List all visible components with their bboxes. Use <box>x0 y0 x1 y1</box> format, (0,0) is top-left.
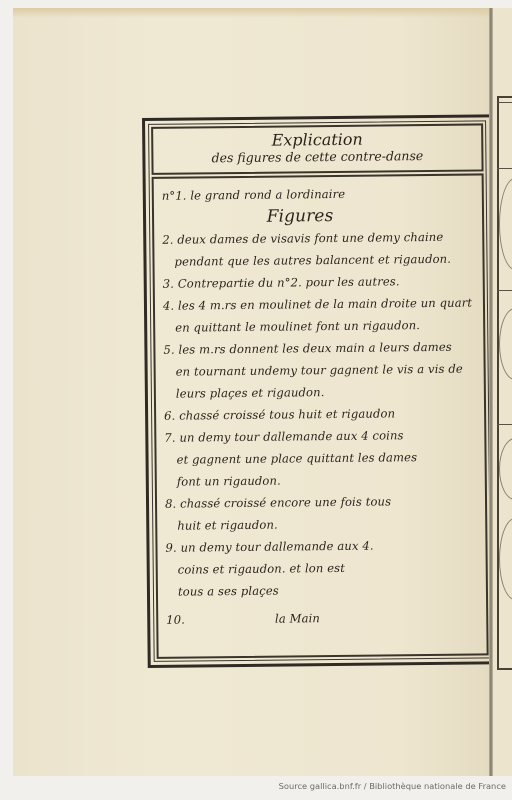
figure-number: 10. <box>166 609 185 631</box>
right-page-rule <box>497 102 512 103</box>
right-page-rule <box>497 290 512 291</box>
figure-line: en tournant undemy tour gagnent le vis a… <box>164 357 480 382</box>
engraved-frame: Explication des figures de cette contre-… <box>142 114 498 668</box>
right-page-rule <box>497 424 512 425</box>
figures-list: n°1. le grand rond a lordinaire Figures … <box>162 181 483 630</box>
left-page: Explication des figures de cette contre-… <box>13 8 491 776</box>
document-subtitle: des figures de cette contre-danse <box>153 147 481 166</box>
figure-text: la Main <box>275 607 320 629</box>
figure-line: pendant que les autres balancent et riga… <box>162 247 478 272</box>
right-page-rule <box>497 168 512 169</box>
source-credit: Source gallica.bnf.fr / Bibliothèque nat… <box>279 781 506 791</box>
figures-box: n°1. le grand rond a lordinaire Figures … <box>152 173 489 658</box>
figure-line-10: 10. la Main <box>166 605 482 630</box>
right-page-edge <box>493 8 512 776</box>
figure-line: tous a ses plaçes <box>166 577 482 602</box>
figure-line: 4. les 4 m.rs en moulinet de la main dro… <box>163 291 479 316</box>
title-cartouche: Explication des figures de cette contre-… <box>151 123 483 174</box>
scanned-page-spread: Explication des figures de cette contre-… <box>13 8 512 776</box>
